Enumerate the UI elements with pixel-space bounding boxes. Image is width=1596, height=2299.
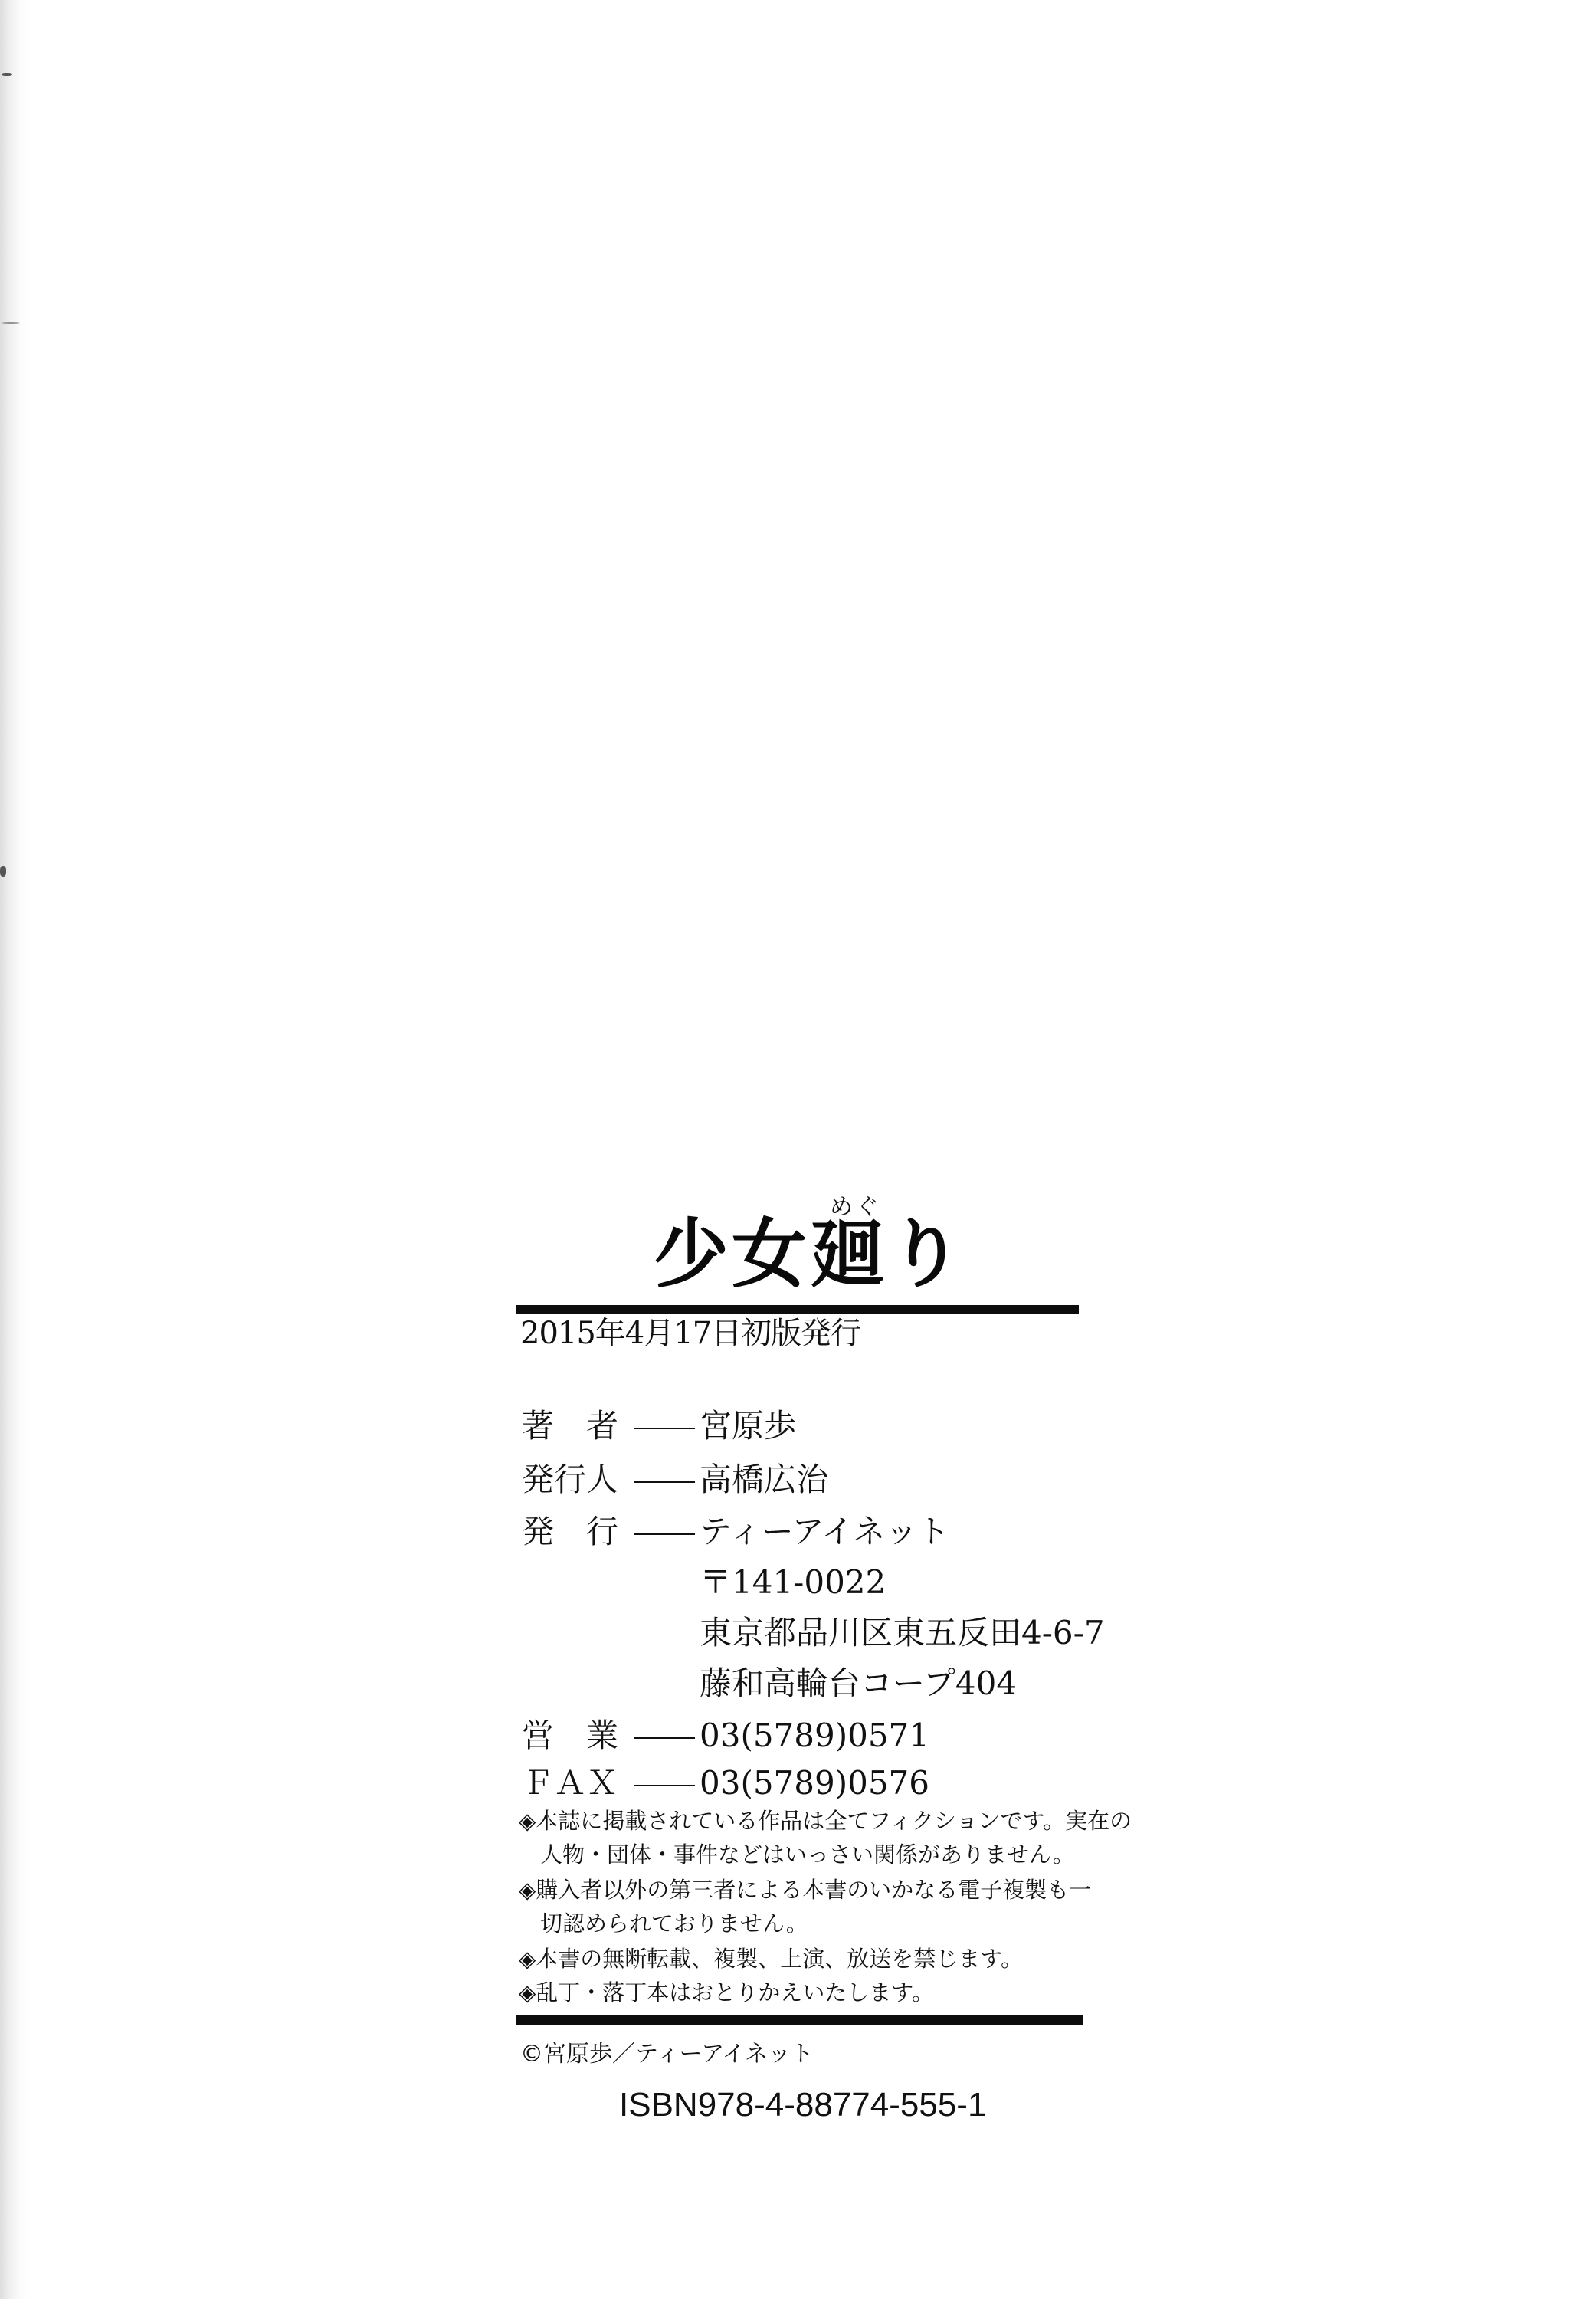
publication-date: 2015年4月17日初版発行 — [520, 1318, 860, 1349]
scan-speck — [2, 322, 20, 324]
address-building: 藤和高輪台コープ404 — [700, 1668, 1017, 1700]
notice-digital-copy-line1: ◈購入者以外の第三者による本書のいかなる電子複製も一 — [519, 1879, 1091, 1901]
credit-value: ティーアイネット — [700, 1516, 949, 1548]
bottom-rule-divider — [516, 2015, 1083, 2025]
scan-speck — [2, 73, 12, 76]
notice-fiction-line1: ◈本誌に掲載されている作品は全てフィクションです。実在の — [519, 1810, 1132, 1832]
em-dash-rule — [634, 1785, 695, 1786]
isbn: ISBN978-4-88774-555-1 — [619, 2086, 986, 2124]
credit-label: 著 者 — [522, 1410, 637, 1442]
contact-label: ＦＡＸ — [522, 1767, 637, 1799]
em-dash-rule — [634, 1428, 695, 1429]
contact-row-sales: 営 業03(5789)0571 — [522, 1720, 929, 1752]
em-dash-rule — [634, 1481, 695, 1483]
copyright-line: ©宮原歩／ティーアイネット — [520, 2035, 814, 2068]
scan-speck — [0, 866, 6, 877]
credit-value: 宮原歩 — [700, 1410, 796, 1442]
notice-reproduction: ◈本書の無断転載、複製、上演、放送を禁じます。 — [519, 1948, 1023, 1970]
address-postal-code: 〒141-0022 — [700, 1566, 886, 1599]
book-title: 少女廻り — [654, 1217, 966, 1292]
contact-row-fax: ＦＡＸ03(5789)0576 — [522, 1767, 929, 1799]
notice-digital-copy-line2: 切認められておりません。 — [540, 1913, 808, 1935]
scanned-page-edge — [0, 0, 32, 2299]
contact-fax: 03(5789)0576 — [700, 1767, 929, 1799]
top-rule-divider — [516, 1305, 1079, 1314]
contact-label: 営 業 — [522, 1720, 637, 1752]
credit-row-publisher-person: 発行人高橋広治 — [522, 1464, 828, 1496]
notice-fiction-line2: 人物・団体・事件などはいっさい関係がありません。 — [540, 1844, 1075, 1866]
em-dash-rule — [634, 1737, 695, 1739]
notice-misprint: ◈乱丁・落丁本はおとりかえいたします。 — [519, 1982, 934, 2004]
address-street: 東京都品川区東五反田4-6-7 — [700, 1617, 1105, 1649]
credit-label: 発 行 — [522, 1516, 637, 1548]
em-dash-rule — [634, 1533, 695, 1535]
contact-phone: 03(5789)0571 — [700, 1720, 929, 1752]
credit-row-publisher: 発 行ティーアイネット — [522, 1516, 949, 1548]
credit-label: 発行人 — [522, 1464, 637, 1496]
credit-row-author: 著 者宮原歩 — [522, 1410, 796, 1442]
credit-value: 高橋広治 — [700, 1464, 828, 1496]
